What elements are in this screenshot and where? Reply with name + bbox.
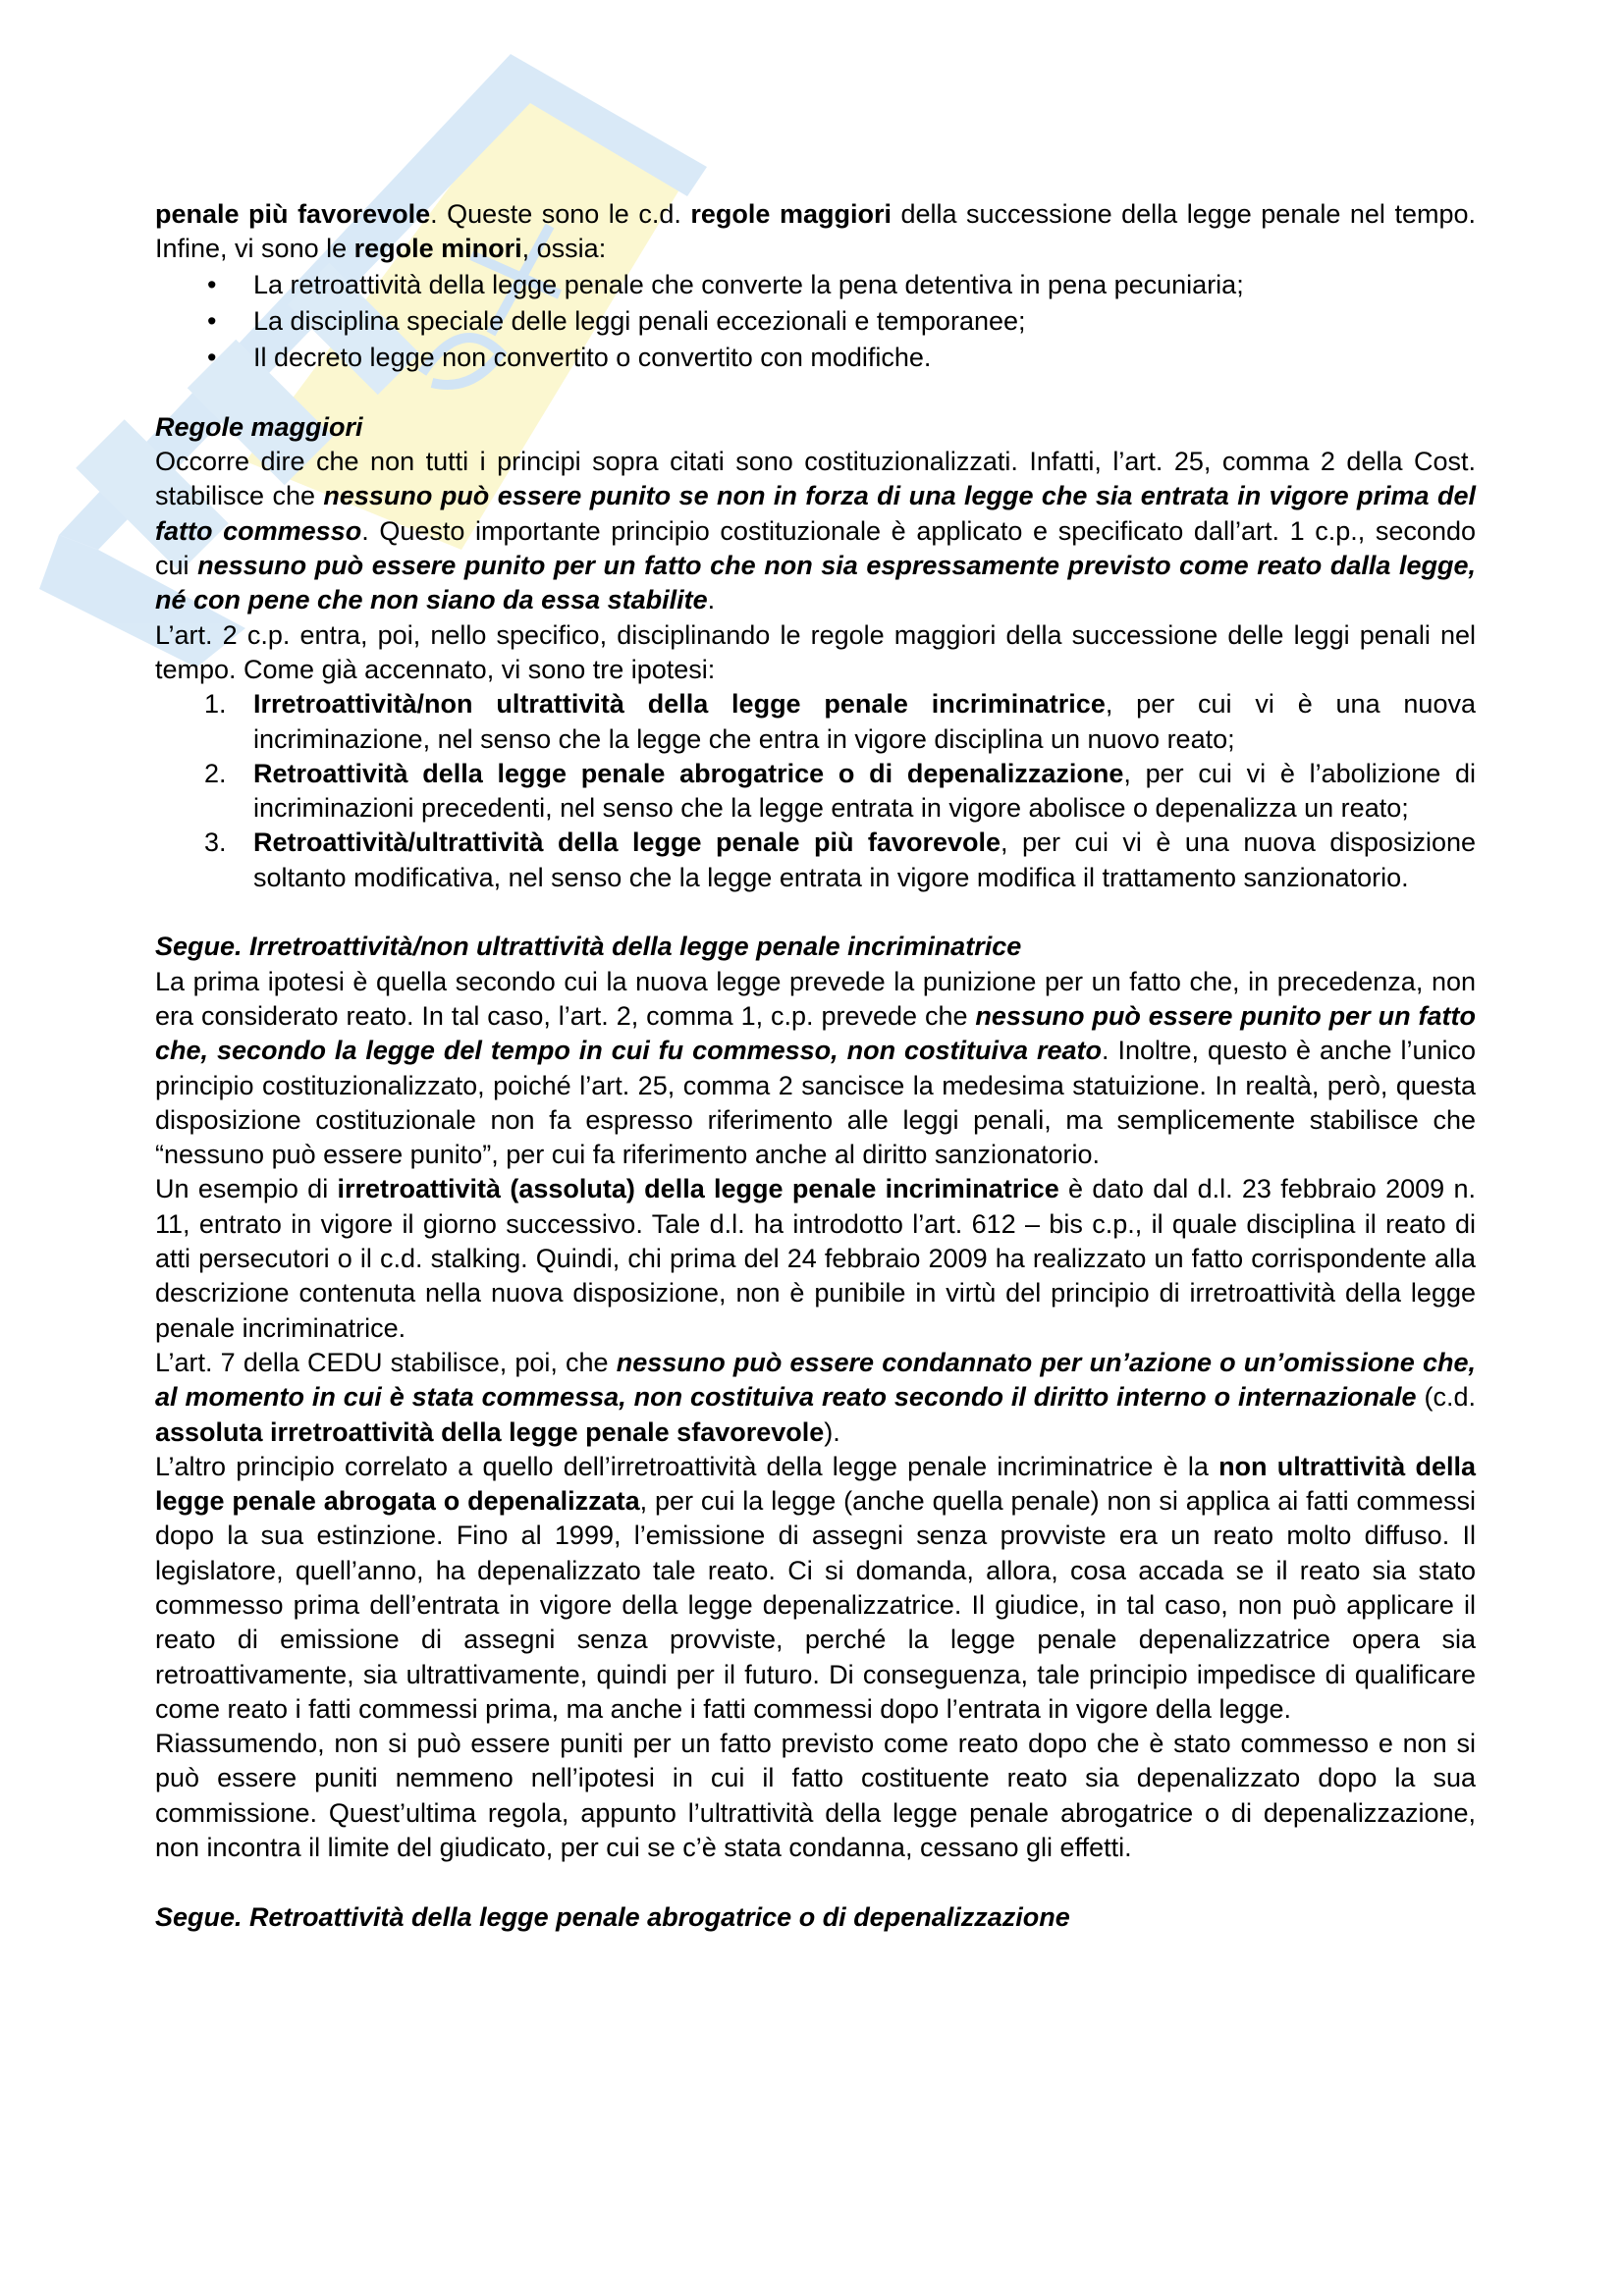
- bullet-icon: •: [207, 267, 216, 303]
- text-run: .: [708, 585, 716, 614]
- hypotheses-list: 1.Irretroattività/non ultrattività della…: [155, 687, 1476, 895]
- paragraph: L’art. 7 della CEDU stabilisce, poi, che…: [155, 1346, 1476, 1450]
- paragraph: La prima ipotesi è quella secondo cui la…: [155, 965, 1476, 1173]
- text-run: . Queste sono le c.d.: [430, 199, 690, 229]
- list-item: •Il decreto legge non convertito o conve…: [155, 340, 1476, 376]
- bullet-icon: •: [207, 303, 216, 340]
- minor-rules-list: •La retroattività della legge penale che…: [155, 267, 1476, 376]
- paragraph: L’art. 2 c.p. entra, poi, nello specific…: [155, 618, 1476, 688]
- section-heading-retroattivita: Segue. Retroattività della legge penale …: [155, 1900, 1476, 1935]
- document-page: penale più favorevole. Queste sono le c.…: [155, 197, 1476, 1935]
- spacer: [155, 1865, 1476, 1899]
- bold-term: irretroattività (assoluta) della legge p…: [338, 1174, 1059, 1203]
- bold-term: assoluta irretroattività della legge pen…: [155, 1417, 824, 1447]
- list-number: 1.: [204, 687, 227, 721]
- text-run: , ossia:: [522, 234, 607, 263]
- paragraph: Occorre dire che non tutti i principi so…: [155, 445, 1476, 617]
- spacer: [155, 376, 1476, 410]
- text-run: L’altro principio correlato a quello del…: [155, 1452, 1218, 1481]
- list-item: •La disciplina speciale delle leggi pena…: [155, 303, 1476, 340]
- emphasis-quote: nessuno può essere punito per un fatto c…: [155, 551, 1476, 614]
- paragraph: Un esempio di irretroattività (assoluta)…: [155, 1172, 1476, 1345]
- text-run: L’art. 7 della CEDU stabilisce, poi, che: [155, 1348, 617, 1377]
- spacer: [155, 895, 1476, 930]
- list-item-text: Il decreto legge non convertito o conver…: [253, 343, 931, 372]
- paragraph: Riassumendo, non si può essere puniti pe…: [155, 1727, 1476, 1865]
- bold-term: Irretroattività/non ultrattività della l…: [253, 689, 1106, 719]
- list-item: 3.Retroattività/ultrattività della legge…: [155, 826, 1476, 895]
- text-run: ).: [824, 1417, 840, 1447]
- list-item-text: La disciplina speciale delle leggi penal…: [253, 306, 1026, 336]
- list-number: 2.: [204, 757, 227, 791]
- list-item: •La retroattività della legge penale che…: [155, 267, 1476, 303]
- bold-term: Retroattività/ultrattività della legge p…: [253, 828, 1001, 857]
- text-run: , per cui la legge (anche quella penale)…: [155, 1486, 1476, 1724]
- bullet-icon: •: [207, 340, 216, 376]
- list-item-text: La retroattività della legge penale che …: [253, 270, 1244, 299]
- text-run: Un esempio di: [155, 1174, 338, 1203]
- list-number: 3.: [204, 826, 227, 860]
- bold-term: Retroattività della legge penale abrogat…: [253, 759, 1123, 788]
- section-heading-regole-maggiori: Regole maggiori: [155, 410, 1476, 445]
- intro-paragraph: penale più favorevole. Queste sono le c.…: [155, 197, 1476, 267]
- list-item: 2.Retroattività della legge penale abrog…: [155, 757, 1476, 827]
- bold-term: regole maggiori: [690, 199, 892, 229]
- text-run: (c.d.: [1417, 1382, 1476, 1412]
- section-heading-irretroattivita: Segue. Irretroattività/non ultrattività …: [155, 930, 1476, 964]
- paragraph: L’altro principio correlato a quello del…: [155, 1450, 1476, 1727]
- bold-term: penale più favorevole: [155, 199, 430, 229]
- list-item: 1.Irretroattività/non ultrattività della…: [155, 687, 1476, 757]
- bold-term: regole minori: [354, 234, 522, 263]
